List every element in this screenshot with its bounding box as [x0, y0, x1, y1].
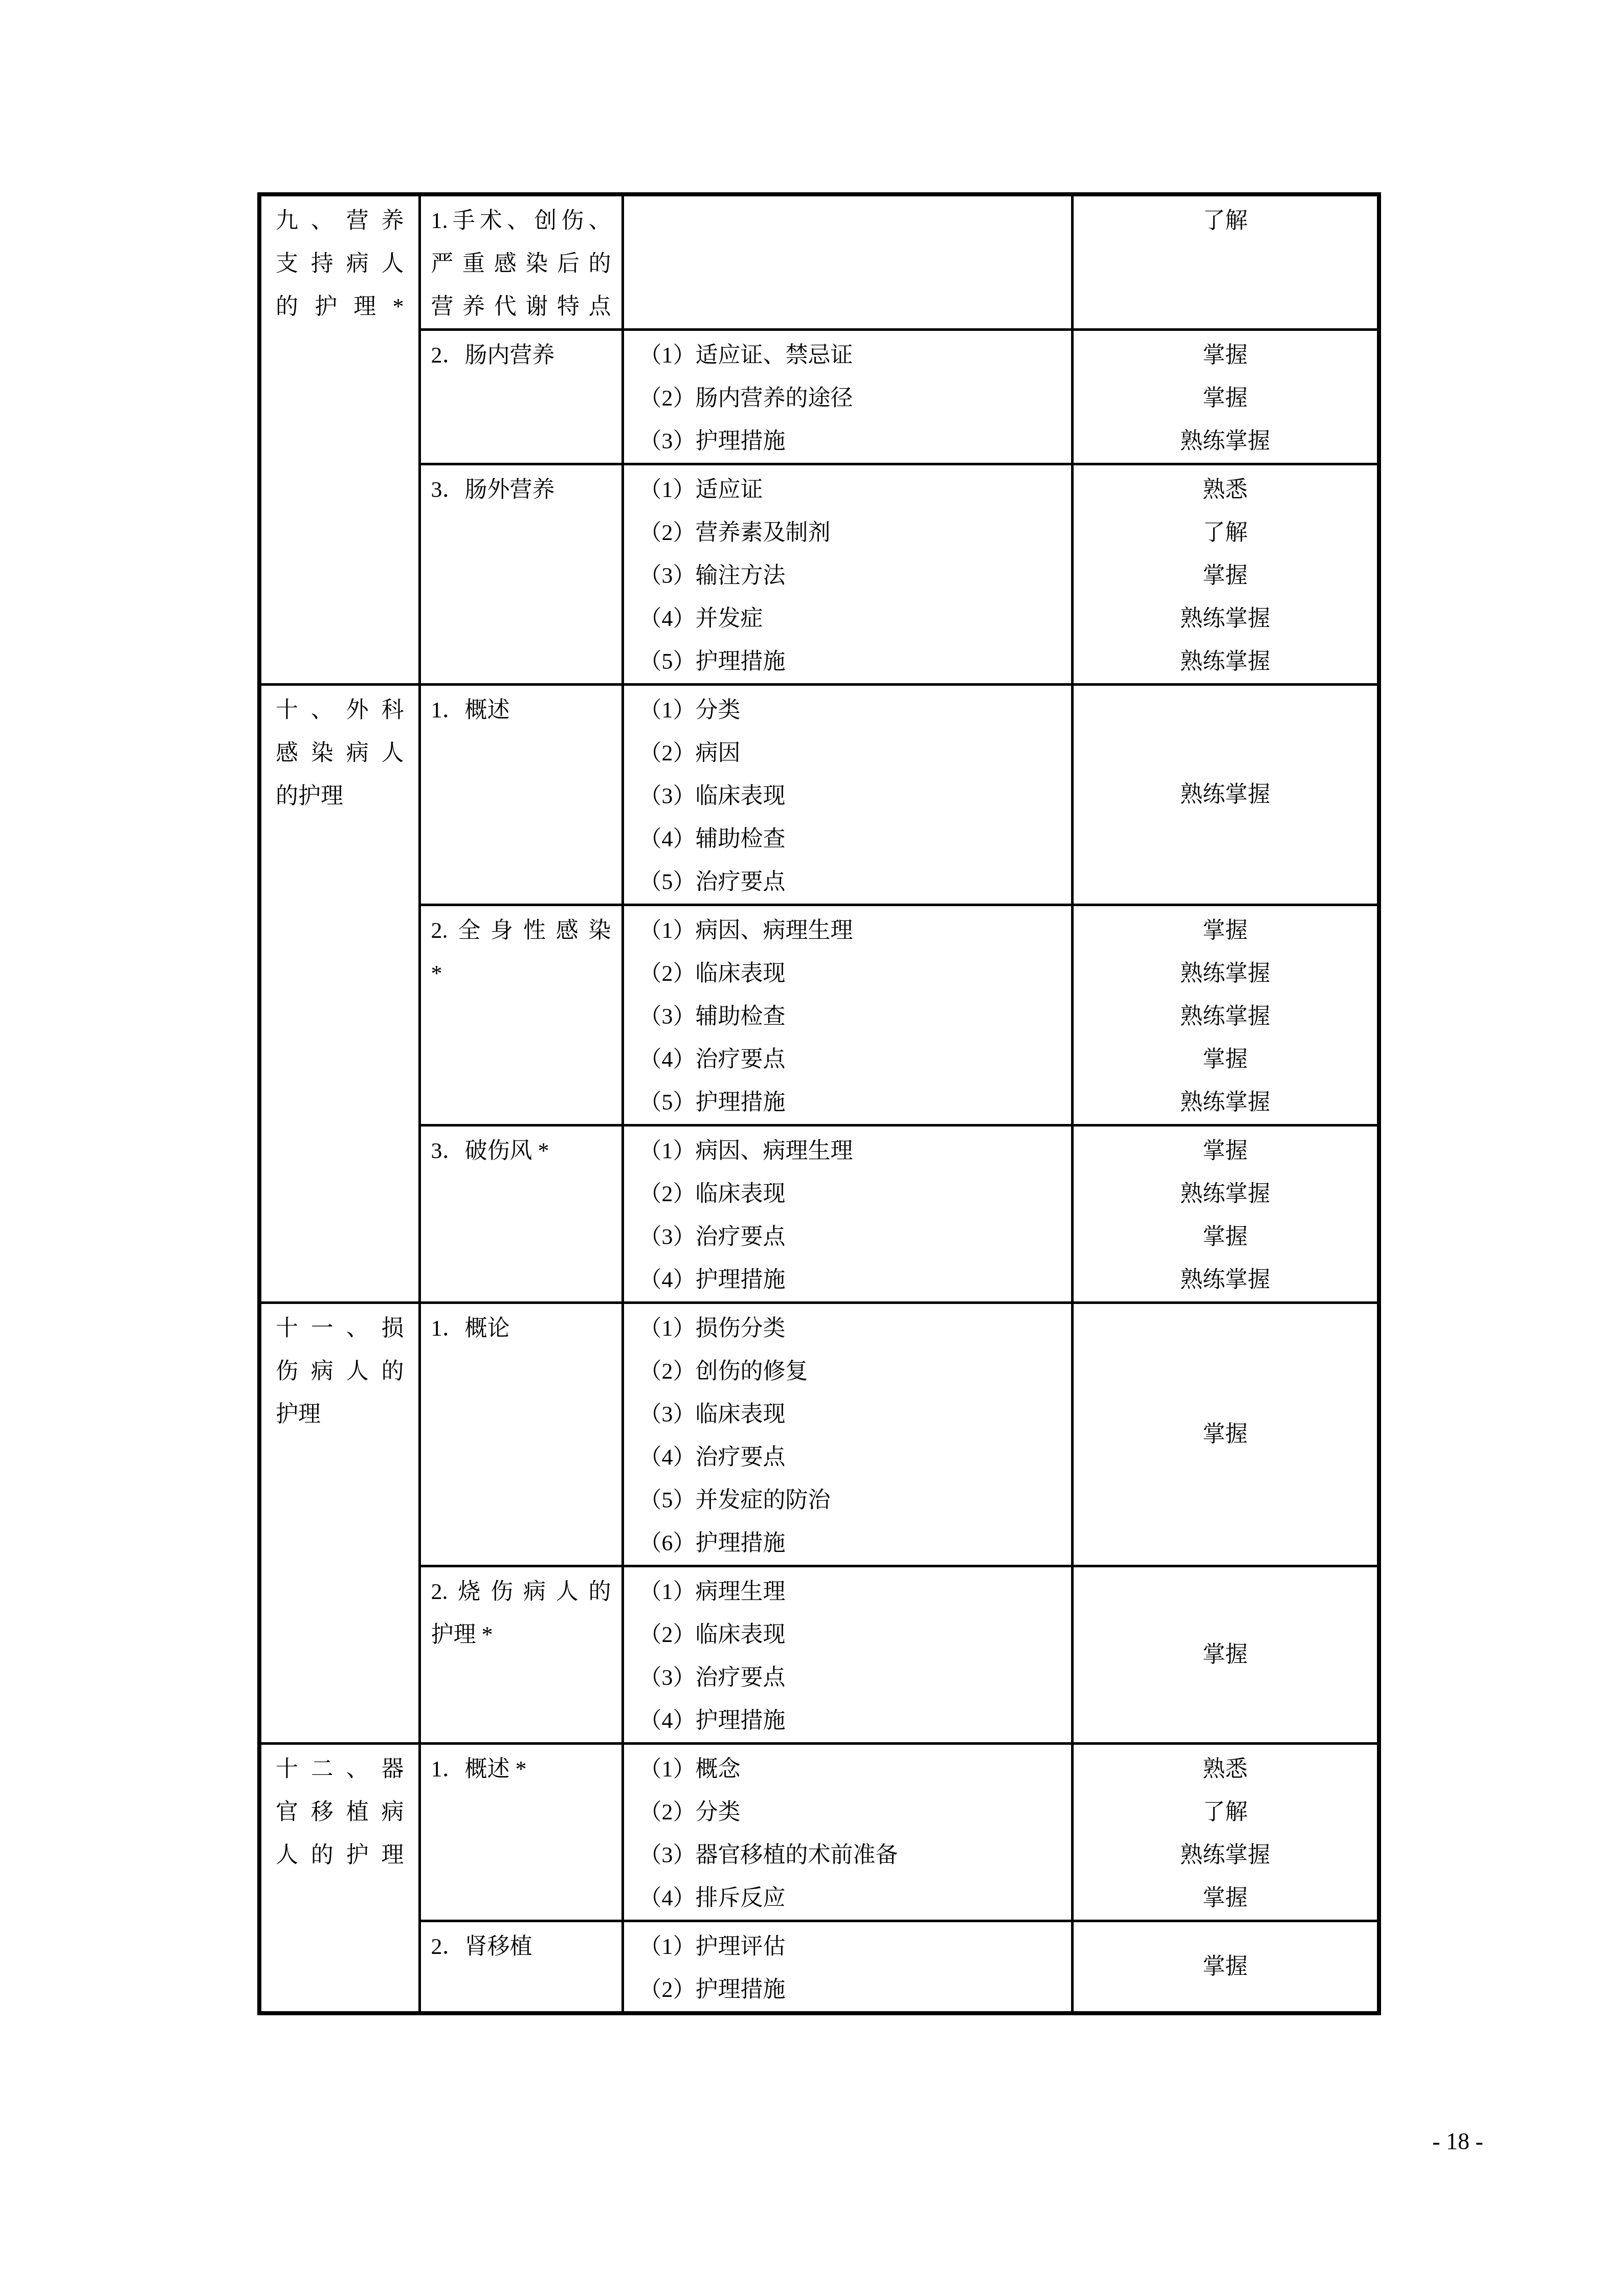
topic-line: 2.全身性感染 [431, 909, 611, 952]
unit-line: 感染病人 [276, 732, 404, 775]
topic-line-token: 手 [453, 199, 475, 242]
topic-line-token: 感 [556, 909, 579, 952]
level-line: 熟悉 [1074, 468, 1377, 511]
unit-line: 的护理 [276, 775, 404, 818]
unit-line-token: 感 [276, 732, 298, 775]
level-line: 熟练掌握 [1074, 773, 1377, 816]
table-row: 九、营养支持病人的护理*1.手术、创伤、严重感染后的营养代谢特点了解 [259, 194, 1379, 330]
unit-line-token: 支 [276, 242, 298, 285]
topic-cell: 3．肠外营养 [419, 464, 622, 685]
unit-line: 伤病人的 [276, 1350, 404, 1393]
table-row: 3．肠外营养（1）适应证（2）营养素及制剂（3）输注方法（4）并发症（5）护理措… [259, 464, 1379, 685]
unit-line-token: 理 [381, 1834, 404, 1877]
unit-line-token: 的 [311, 1834, 333, 1877]
topic-cell: 3．破伤风 * [419, 1126, 622, 1303]
topic-line: 2．肠内营养 [431, 334, 611, 377]
level-line: 掌握 [1074, 377, 1377, 420]
unit-line: 支持病人 [276, 242, 404, 285]
unit-line: 十一、损 [276, 1307, 404, 1350]
detail-line: （1）适应证、禁忌证 [639, 334, 1066, 377]
topic-line-token: 后 [557, 242, 580, 285]
topic-line: 3．破伤风 * [431, 1130, 611, 1173]
topic-line-token: 1. [431, 199, 448, 242]
unit-line-token: 损 [381, 1307, 404, 1350]
topic-line: 1．概论 [431, 1307, 611, 1350]
level-cell: 掌握掌握熟练掌握 [1072, 330, 1379, 464]
table-row: 2．肠内营养（1）适应证、禁忌证（2）肠内营养的途径（3）护理措施掌握掌握熟练掌… [259, 330, 1379, 464]
topic-cell: 2．肠内营养 [419, 330, 622, 464]
topic-line-token: 的 [588, 242, 611, 285]
topic-cell: 2.烧伤病人的护理 * [419, 1566, 622, 1744]
detail-line: （6）护理措施 [639, 1522, 1066, 1565]
unit-line-token: 、 [311, 199, 333, 242]
syllabus-table: 九、营养支持病人的护理*1.手术、创伤、严重感染后的营养代谢特点了解2．肠内营养… [257, 192, 1381, 2015]
detail-line: （3）治疗要点 [639, 1656, 1066, 1699]
detail-line: （5）护理措施 [639, 1081, 1066, 1124]
detail-cell: （1）分类（2）病因（3）临床表现（4）辅助检查（5）治疗要点 [622, 685, 1072, 905]
unit-line-token: 九 [276, 199, 298, 242]
unit-cell: 十一、损伤病人的护理 [259, 1303, 419, 1744]
unit-line-token: 、 [311, 689, 333, 732]
topic-line-token: 染 [588, 909, 611, 952]
detail-cell: （1）病理生理（2）临床表现（3）治疗要点（4）护理措施 [622, 1566, 1072, 1744]
table-row: 2．肾移植（1）护理评估（2）护理措施掌握 [259, 1921, 1379, 2014]
detail-line: （2）临床表现 [639, 952, 1066, 995]
topic-line-token: 营 [431, 285, 454, 328]
detail-cell: （1）病因、病理生理（2）临床表现（3）辅助检查（4）治疗要点（5）护理措施 [622, 905, 1072, 1126]
document-page: { "page": { "number_label": "- 18 -" }, … [0, 0, 1624, 2296]
topic-line-token: 、 [507, 199, 529, 242]
topic-line: 营养代谢特点 [431, 285, 611, 328]
detail-cell [622, 194, 1072, 330]
topic-line-token: 点 [588, 285, 611, 328]
level-cell: 掌握 [1072, 1921, 1379, 2014]
level-line: 掌握 [1074, 1413, 1377, 1456]
topic-line-token: 身 [491, 909, 513, 952]
detail-line: （5）治疗要点 [639, 861, 1066, 904]
topic-line-token: 性 [523, 909, 546, 952]
unit-line-token: 十 [276, 1307, 298, 1350]
detail-line: （3）输注方法 [639, 554, 1066, 597]
unit-line-token: 伤 [276, 1350, 298, 1393]
unit-line-token: 外 [346, 689, 369, 732]
topic-cell: 1．概述 [419, 685, 622, 905]
unit-line-token: 、 [346, 1748, 369, 1791]
topic-line-token: 伤 [561, 199, 584, 242]
level-line: 掌握 [1074, 1633, 1377, 1676]
detail-cell: （1）概念（2）分类（3）器官移植的术前准备（4）排斥反应 [622, 1744, 1072, 1921]
detail-line: （2）护理措施 [639, 1968, 1066, 2011]
level-line: 了解 [1074, 199, 1377, 242]
level-line: 熟练掌握 [1074, 597, 1377, 640]
detail-line: （2）营养素及制剂 [639, 511, 1066, 554]
detail-line: （4）并发症 [639, 597, 1066, 640]
detail-line: （1）病理生理 [639, 1570, 1066, 1613]
level-line: 掌握 [1074, 554, 1377, 597]
topic-line-token: 谢 [525, 285, 548, 328]
unit-line-token: 病 [346, 242, 369, 285]
level-line: 熟练掌握 [1074, 1258, 1377, 1301]
detail-line: （3）护理措施 [639, 420, 1066, 463]
unit-line-token: 护 [315, 285, 337, 328]
unit-line-token: 人 [381, 732, 404, 775]
level-cell: 掌握 [1072, 1303, 1379, 1566]
topic-line-token: 2. [431, 1570, 448, 1613]
table-row: 十二、器官移植病人的护理1．概述 *（1）概念（2）分类（3）器官移植的术前准备… [259, 1744, 1379, 1921]
unit-line-token: 、 [346, 1307, 369, 1350]
unit-line-token: 营 [346, 199, 369, 242]
detail-line: （3）治疗要点 [639, 1215, 1066, 1258]
topic-line: 护理 * [431, 1613, 611, 1656]
unit-line: 护理 [276, 1393, 404, 1436]
level-line: 熟练掌握 [1074, 1081, 1377, 1124]
unit-cell: 九、营养支持病人的护理* [259, 194, 419, 685]
level-line: 熟练掌握 [1074, 995, 1377, 1038]
detail-line: （1）分类 [639, 689, 1066, 732]
level-line: 了解 [1074, 511, 1377, 554]
detail-line: （4）治疗要点 [639, 1038, 1066, 1081]
topic-line-token: 烧 [458, 1570, 480, 1613]
unit-line-token: 人 [276, 1834, 298, 1877]
level-cell: 掌握熟练掌握熟练掌握掌握熟练掌握 [1072, 905, 1379, 1126]
level-cell: 熟练掌握 [1072, 685, 1379, 905]
detail-cell: （1）病因、病理生理（2）临床表现（3）治疗要点（4）护理措施 [622, 1126, 1072, 1303]
topic-line: * [431, 952, 611, 995]
detail-line: （1）病因、病理生理 [639, 1130, 1066, 1173]
topic-line: 2.烧伤病人的 [431, 1570, 611, 1613]
topic-cell: 2.全身性感染* [419, 905, 622, 1126]
table-row: 2.烧伤病人的护理 *（1）病理生理（2）临床表现（3）治疗要点（4）护理措施掌… [259, 1566, 1379, 1744]
detail-line: （3）器官移植的术前准备 [639, 1834, 1066, 1877]
level-line: 熟悉 [1074, 1748, 1377, 1791]
topic-line-token: 全 [458, 909, 480, 952]
detail-line: （5）护理措施 [639, 640, 1066, 683]
level-line: 掌握 [1074, 909, 1377, 952]
unit-line-token: 移 [311, 1791, 333, 1834]
detail-line: （1）适应证 [639, 468, 1066, 511]
detail-line: （2）分类 [639, 1791, 1066, 1834]
unit-line: 的护理* [276, 285, 404, 328]
topic-line-token: 严 [431, 242, 454, 285]
topic-cell: 1．概论 [419, 1303, 622, 1566]
topic-line: 1.手术、创伤、 [431, 199, 611, 242]
detail-line: （2）病因 [639, 732, 1066, 775]
table-row: 十、外科感染病人的护理1．概述（1）分类（2）病因（3）临床表现（4）辅助检查（… [259, 685, 1379, 905]
topic-line: 3．肠外营养 [431, 468, 611, 511]
syllabus-table-body: 九、营养支持病人的护理*1.手术、创伤、严重感染后的营养代谢特点了解2．肠内营养… [259, 194, 1379, 2013]
detail-line: （4）护理措施 [639, 1699, 1066, 1742]
detail-line: （2）肠内营养的途径 [639, 377, 1066, 420]
unit-line-token: 的 [276, 285, 298, 328]
unit-line-token: * [392, 285, 404, 328]
topic-line: 1．概述 [431, 689, 611, 732]
topic-line-token: 重 [462, 242, 485, 285]
topic-line: 1．概述 * [431, 1748, 611, 1791]
unit-line-token: 染 [311, 732, 333, 775]
topic-line-token: 染 [525, 242, 548, 285]
detail-cell: （1）适应证、禁忌证（2）肠内营养的途径（3）护理措施 [622, 330, 1072, 464]
detail-cell: （1）适应证（2）营养素及制剂（3）输注方法（4）并发症（5）护理措施 [622, 464, 1072, 685]
topic-line: 2．肾移植 [431, 1925, 611, 1968]
detail-line: （2）创伤的修复 [639, 1350, 1066, 1393]
detail-line: （4）排斥反应 [639, 1877, 1066, 1920]
unit-line-token: 病 [381, 1791, 404, 1834]
unit-line-token: 一 [311, 1307, 333, 1350]
detail-line: （3）临床表现 [639, 1393, 1066, 1436]
unit-line-token: 人 [346, 1350, 369, 1393]
level-line: 掌握 [1074, 1215, 1377, 1258]
unit-line-token: 持 [311, 242, 333, 285]
unit-line-token: 十 [276, 1748, 298, 1791]
level-line: 掌握 [1074, 1130, 1377, 1173]
unit-line-token: 二 [311, 1748, 333, 1791]
topic-cell: 1.手术、创伤、严重感染后的营养代谢特点 [419, 194, 622, 330]
detail-line: （4）治疗要点 [639, 1436, 1066, 1479]
detail-line: （1）概念 [639, 1748, 1066, 1791]
level-line: 熟练掌握 [1074, 640, 1377, 683]
detail-line: （4）护理措施 [639, 1258, 1066, 1301]
detail-line: （1）损伤分类 [639, 1307, 1066, 1350]
syllabus-table-container: 九、营养支持病人的护理*1.手术、创伤、严重感染后的营养代谢特点了解2．肠内营养… [257, 192, 1381, 2015]
detail-line: （1）病因、病理生理 [639, 909, 1066, 952]
topic-line: 严重感染后的 [431, 242, 611, 285]
unit-line-token: 养 [381, 199, 404, 242]
level-line: 掌握 [1074, 334, 1377, 377]
level-cell: 熟悉了解掌握熟练掌握熟练掌握 [1072, 464, 1379, 685]
level-cell: 熟悉了解熟练掌握掌握 [1072, 1744, 1379, 1921]
level-line: 掌握 [1074, 1945, 1377, 1988]
topic-line-token: 创 [534, 199, 557, 242]
table-row: 3．破伤风 *（1）病因、病理生理（2）临床表现（3）治疗要点（4）护理措施掌握… [259, 1126, 1379, 1303]
unit-line-token: 病 [346, 732, 369, 775]
unit-line-token: 理 [353, 285, 376, 328]
table-row: 十一、损伤病人的护理1．概论（1）损伤分类（2）创伤的修复（3）临床表现（4）治… [259, 1303, 1379, 1566]
unit-line: 十、外科 [276, 689, 404, 732]
level-line: 熟练掌握 [1074, 1173, 1377, 1215]
detail-cell: （1）损伤分类（2）创伤的修复（3）临床表现（4）治疗要点（5）并发症的防治（6… [622, 1303, 1072, 1566]
unit-line-token: 植 [346, 1791, 369, 1834]
level-line: 了解 [1074, 1791, 1377, 1834]
detail-cell: （1）护理评估（2）护理措施 [622, 1921, 1072, 2014]
unit-line-token: 病 [311, 1350, 333, 1393]
unit-line: 人的护理 [276, 1834, 404, 1877]
topic-line-token: 人 [556, 1570, 579, 1613]
unit-cell: 十、外科感染病人的护理 [259, 685, 419, 1303]
topic-cell: 2．肾移植 [419, 1921, 622, 2014]
level-line: 熟练掌握 [1074, 1834, 1377, 1877]
detail-line: （2）临床表现 [639, 1613, 1066, 1656]
topic-cell: 1．概述 * [419, 1744, 622, 1921]
unit-line-token: 官 [276, 1791, 298, 1834]
level-cell: 掌握 [1072, 1566, 1379, 1744]
level-cell: 了解 [1072, 194, 1379, 330]
detail-line: （3）辅助检查 [639, 995, 1066, 1038]
unit-line: 官移植病 [276, 1791, 404, 1834]
unit-line: 九、营养 [276, 199, 404, 242]
level-line: 熟练掌握 [1074, 952, 1377, 995]
level-line: 熟练掌握 [1074, 420, 1377, 463]
topic-line-token: 、 [588, 199, 611, 242]
detail-line: （2）临床表现 [639, 1173, 1066, 1215]
topic-line-token: 的 [588, 1570, 611, 1613]
page-number: - 18 - [1407, 2126, 1509, 2157]
topic-line-token: 伤 [491, 1570, 513, 1613]
level-line: 掌握 [1074, 1877, 1377, 1920]
detail-line: （5）并发症的防治 [639, 1479, 1066, 1522]
topic-line-token: 特 [557, 285, 580, 328]
topic-line-token: 病 [523, 1570, 546, 1613]
unit-line-token: 器 [381, 1748, 404, 1791]
topic-line-token: 术 [480, 199, 502, 242]
unit-cell: 十二、器官移植病人的护理 [259, 1744, 419, 2014]
table-row: 2.全身性感染*（1）病因、病理生理（2）临床表现（3）辅助检查（4）治疗要点（… [259, 905, 1379, 1126]
level-line: 掌握 [1074, 1038, 1377, 1081]
unit-line-token: 的 [381, 1350, 404, 1393]
topic-line-token: 代 [494, 285, 517, 328]
topic-line-token: 感 [494, 242, 517, 285]
detail-line: （1）护理评估 [639, 1925, 1066, 1968]
unit-line: 十二、器 [276, 1748, 404, 1791]
unit-line-token: 十 [276, 689, 298, 732]
unit-line-token: 人 [381, 242, 404, 285]
unit-line-token: 护 [346, 1834, 369, 1877]
topic-line-token: 养 [462, 285, 485, 328]
detail-line: （3）临床表现 [639, 775, 1066, 818]
topic-line-token: 2. [431, 909, 448, 952]
level-cell: 掌握熟练掌握掌握熟练掌握 [1072, 1126, 1379, 1303]
detail-line: （4）辅助检查 [639, 818, 1066, 861]
unit-line-token: 科 [381, 689, 404, 732]
